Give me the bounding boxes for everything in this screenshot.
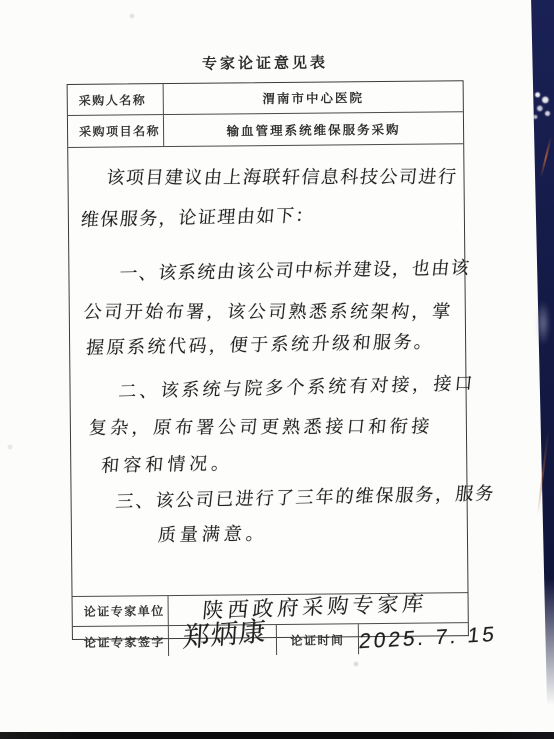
time-handwriting: 2025. 7. 15 xyxy=(358,623,498,655)
signature-cell: 郑炳康 xyxy=(169,625,277,656)
purchaser-value: 渭南市中心医院 xyxy=(164,81,463,114)
white-speckle-mark xyxy=(531,88,553,122)
expert-signature-handwriting: 郑炳康 xyxy=(182,609,268,655)
opinion-cell: 该项目建议由上海联轩信息科技公司进行 维保服务，论证理由如下： 一、该系统由该公… xyxy=(68,160,467,597)
handwritten-line: 和容和情况。 xyxy=(100,444,467,479)
opinion-form-table: 采购人名称 渭南市中心医院 采购项目名称 输血管理系统维保服务采购 该项目建议由… xyxy=(67,80,469,640)
time-label: 论证时间 xyxy=(277,624,359,655)
handwritten-line: 复杂，原布署公司更熟悉接口和衔接 xyxy=(87,412,467,442)
scanned-photo: 专家论证意见表 采购人名称 渭南市中心医院 采购项目名称 输血管理系统维保服务采… xyxy=(0,0,554,739)
project-value: 输血管理系统维保服务采购 xyxy=(164,112,463,146)
time-cell: 2025. 7. 15 xyxy=(359,623,497,654)
handwritten-line: 维保服务，论证理由如下： xyxy=(80,198,465,234)
purchaser-label: 采购人名称 xyxy=(68,84,164,115)
expert-unit-label: 论证专家单位 xyxy=(73,596,169,626)
handwritten-line: 握原系统代码，便于系统升级和服务。 xyxy=(85,327,466,362)
expert-signature-label: 论证专家签字 xyxy=(73,626,169,657)
handwritten-line: 三、该公司已进行了三年的维保服务，服务 xyxy=(114,480,468,516)
handwritten-line: 二、该系统与院多个系统有对接，接口 xyxy=(117,369,467,405)
handwritten-line: 公司开始布署，该公司熟悉系统架构，掌 xyxy=(82,298,466,326)
handwritten-line: 质量满意。 xyxy=(157,516,468,549)
handwritten-line: 一、该系统由该公司中标并建设，也由该 xyxy=(118,254,466,288)
handwritten-line: 该项目建议由上海联轩信息科技公司进行 xyxy=(105,163,465,192)
photo-bottom-dark-bar xyxy=(0,732,554,739)
row-signature: 论证专家签字 郑炳康 论证时间 2025. 7. 15 xyxy=(73,623,468,657)
row-purchaser: 采购人名称 渭南市中心医院 xyxy=(68,81,463,116)
row-expert-unit: 论证专家单位 陕西政府采购专家库 xyxy=(73,593,468,627)
document-title: 专家论证意见表 xyxy=(66,50,463,75)
row-project: 采购项目名称 输血管理系统维保服务采购 xyxy=(68,112,463,148)
project-label: 采购项目名称 xyxy=(68,115,164,147)
gray-smudge xyxy=(536,300,550,346)
paper-sheet: 专家论证意见表 采购人名称 渭南市中心医院 采购项目名称 输血管理系统维保服务采… xyxy=(0,0,554,739)
